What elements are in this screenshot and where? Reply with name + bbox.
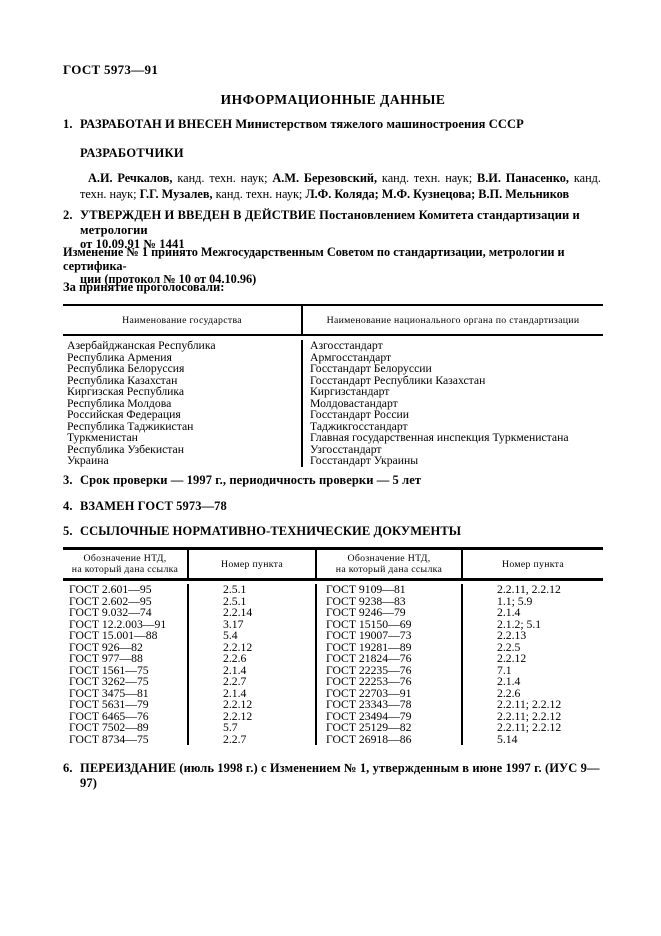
point-cell: 5.14 [463,734,603,746]
section-3-text: Срок проверки — 1997 г., периодичность п… [80,473,603,488]
vote-table-header: Наименование государства Наименование на… [63,306,603,336]
refs-table: Обозначение НТД, на который дана ссылка … [63,547,603,751]
developer-name: Г.Г. Музалев, [140,187,213,201]
refs-table-header-point-left: Номер пункта [189,550,317,578]
developers-heading: РАЗРАБОТЧИКИ [80,146,184,161]
ntd-doc-cell: ГОСТ 25129—82 [317,722,463,734]
refs-table-header-doc-right: Обозначение НТД, на который дана ссылка [317,550,463,578]
point-cell: 2.2.7 [189,676,317,688]
developer-name: В.И. Панасенко, [477,171,569,185]
ntd-doc-cell: ГОСТ 15.001—88 [63,630,189,642]
developer-degree: канд. [569,171,601,185]
developers-paragraph: А.И. Речкалов, канд. техн. наук; А.М. Бе… [80,171,601,202]
country-cell: Киргизская Республика [63,386,303,398]
refs-header-doc-line-2: на который дана ссылка [336,564,442,575]
developers-line-2: техн. наук; Г.Г. Музалев, канд. техн. на… [80,187,601,203]
ntd-doc-cell: ГОСТ 9246—79 [317,607,463,619]
section-1: 1. РАЗРАБОТАН И ВНЕСЕН Министерством тяж… [63,117,603,132]
point-cell: 2.2.12 [463,653,603,665]
point-cell: 2.2.12 [189,642,317,654]
point-cell: 7.1 [463,665,603,677]
point-cell: 2.1.4 [189,688,317,700]
point-cell: 2.2.6 [189,653,317,665]
table-row: ГОСТ 3262—752.2.7ГОСТ 22253—762.1.4 [63,676,603,688]
ntd-doc-cell: ГОСТ 9109—81 [317,584,463,596]
refs-table-body: ГОСТ 2.601—952.5.1ГОСТ 9109—812.2.11, 2.… [63,581,603,751]
table-row: ГОСТ 977—882.2.6ГОСТ 21824—762.2.12 [63,653,603,665]
ntd-doc-cell: ГОСТ 2.601—95 [63,584,189,596]
developer-degree: канд. техн. наук; [172,171,272,185]
country-cell: Украина [63,455,303,467]
vote-table-header-country: Наименование государства [63,306,303,334]
point-cell: 5.7 [189,722,317,734]
point-cell: 2.2.5 [463,642,603,654]
refs-table-header-doc-left: Обозначение НТД, на который дана ссылка [63,550,189,578]
ntd-doc-cell: ГОСТ 21824—76 [317,653,463,665]
country-cell: Республика Белоруссия [63,363,303,375]
section-5: 5. ССЫЛОЧНЫЕ НОРМАТИВНО-ТЕХНИЧЕСКИЕ ДОКУ… [63,524,603,539]
refs-table-header: Обозначение НТД, на который дана ссылка … [63,550,603,581]
ntd-doc-cell: ГОСТ 977—88 [63,653,189,665]
point-cell: 2.1.4 [463,676,603,688]
point-cell: 2.2.12 [189,699,317,711]
country-cell: Туркменистан [63,432,303,444]
table-row: УкраинаГосстандарт Украины [63,455,603,467]
ntd-doc-cell: ГОСТ 9.032—74 [63,607,189,619]
amendment-line-1: Изменение № 1 принято Межгосударственным… [63,246,603,273]
org-cell: Госстандарт Белоруссии [303,363,603,375]
section-1-text: РАЗРАБОТАН И ВНЕСЕН Министерством тяжело… [80,117,603,132]
refs-header-doc-line-2: на который дана ссылка [72,564,178,575]
table-row: ГОСТ 9.032—742.2.14ГОСТ 9246—792.1.4 [63,607,603,619]
point-cell: 5.4 [189,630,317,642]
refs-header-doc-line-1: Обозначение НТД, [84,553,167,564]
section-3: 3. Срок проверки — 1997 г., периодичност… [63,473,603,488]
point-cell: 1.1; 5.9 [463,596,603,608]
table-row: ТуркменистанГлавная государственная инсп… [63,432,603,444]
section-2-line-1: УТВЕРЖДЕН И ВВЕДЕН В ДЕЙСТВИЕ Постановле… [80,208,580,237]
vote-table: Наименование государства Наименование на… [63,304,603,473]
developers-line-1: А.И. Речкалов, канд. техн. наук; А.М. Бе… [80,171,601,187]
table-row: Киргизская РеспубликаКиргизстандарт [63,386,603,398]
section-4-number: 4. [63,499,73,514]
table-row: Азербайджанская РеспубликаАзгосстандарт [63,340,603,352]
section-5-text: ССЫЛОЧНЫЕ НОРМАТИВНО-ТЕХНИЧЕСКИЕ ДОКУМЕН… [80,524,603,539]
ntd-doc-cell: ГОСТ 22253—76 [317,676,463,688]
country-cell: Азербайджанская Республика [63,340,303,352]
point-cell: 2.5.1 [189,596,317,608]
section-6: 6. ПЕРЕИЗДАНИЕ (июль 1998 г.) с Изменени… [63,761,603,790]
ntd-doc-cell: ГОСТ 7502—89 [63,722,189,734]
developer-name: А.М. Березовский, [272,171,377,185]
section-1-number: 1. [63,117,73,132]
doc-reference: ГОСТ 5973—91 [63,62,158,78]
refs-header-doc-line-1: Обозначение НТД, [348,553,431,564]
country-cell: Российская Федерация [63,409,303,421]
org-cell: Госстандарт Украины [303,455,603,467]
point-cell: 2.2.11; 2.2.12 [463,722,603,734]
section-4: 4. ВЗАМЕН ГОСТ 5973—78 [63,499,603,514]
ntd-doc-cell: ГОСТ 19007—73 [317,630,463,642]
ntd-doc-cell: ГОСТ 26918—86 [317,734,463,746]
page-title: ИНФОРМАЦИОННЫЕ ДАННЫЕ [63,92,603,108]
org-cell: Госстандарт России [303,409,603,421]
point-cell: 3.17 [189,619,317,631]
table-row: ГОСТ 5631—792.2.12ГОСТ 23343—782.2.11; 2… [63,699,603,711]
point-cell: 2.2.11; 2.2.12 [463,699,603,711]
ntd-doc-cell: ГОСТ 5631—79 [63,699,189,711]
table-row: ГОСТ 2.601—952.5.1ГОСТ 9109—812.2.11, 2.… [63,584,603,596]
org-cell: Главная государственная инспекция Туркме… [303,432,603,444]
point-cell: 2.1.2; 5.1 [463,619,603,631]
section-2-number: 2. [63,208,73,223]
ntd-doc-cell: ГОСТ 23343—78 [317,699,463,711]
point-cell: 2.2.7 [189,734,317,746]
point-cell: 2.2.14 [189,607,317,619]
refs-table-header-point-right: Номер пункта [463,550,603,578]
table-row: ГОСТ 15.001—885.4ГОСТ 19007—732.2.13 [63,630,603,642]
point-cell: 2.2.12 [189,711,317,723]
table-row: ГОСТ 8734—752.2.7ГОСТ 26918—865.14 [63,734,603,746]
developer-name: Л.Ф. Коляда; М.Ф. Кузнецова; В.П. Мельни… [305,187,569,201]
ntd-doc-cell: ГОСТ 8734—75 [63,734,189,746]
section-5-number: 5. [63,524,73,539]
org-cell: Азгосстандарт [303,340,603,352]
developer-degree: канд. техн. наук; [213,187,306,201]
vote-table-header-org: Наименование национального органа по ста… [303,306,603,334]
point-cell: 2.2.13 [463,630,603,642]
vote-intro: За принятие проголосовали: [63,280,224,295]
point-cell: 2.1.4 [189,665,317,677]
org-cell: Киргизстандарт [303,386,603,398]
section-6-number: 6. [63,761,73,776]
point-cell: 2.2.11, 2.2.12 [463,584,603,596]
point-cell: 2.1.4 [463,607,603,619]
section-6-text: ПЕРЕИЗДАНИЕ (июль 1998 г.) с Изменением … [80,761,603,790]
table-row: Российская ФедерацияГосстандарт России [63,409,603,421]
document-page: ГОСТ 5973—91 ИНФОРМАЦИОННЫЕ ДАННЫЕ 1. РА… [0,0,661,936]
vote-table-body: Азербайджанская РеспубликаАзгосстандартР… [63,336,603,473]
section-4-text: ВЗАМЕН ГОСТ 5973—78 [80,499,603,514]
developer-degree: канд. техн. наук; [377,171,477,185]
table-row: Республика БелоруссияГосстандарт Белорус… [63,363,603,375]
developer-name: А.И. Речкалов, [88,171,172,185]
ntd-doc-cell: ГОСТ 3262—75 [63,676,189,688]
section-3-number: 3. [63,473,73,488]
table-row: ГОСТ 7502—895.7ГОСТ 25129—822.2.11; 2.2.… [63,722,603,734]
developer-degree: техн. наук; [80,187,140,201]
point-cell: 2.5.1 [189,584,317,596]
